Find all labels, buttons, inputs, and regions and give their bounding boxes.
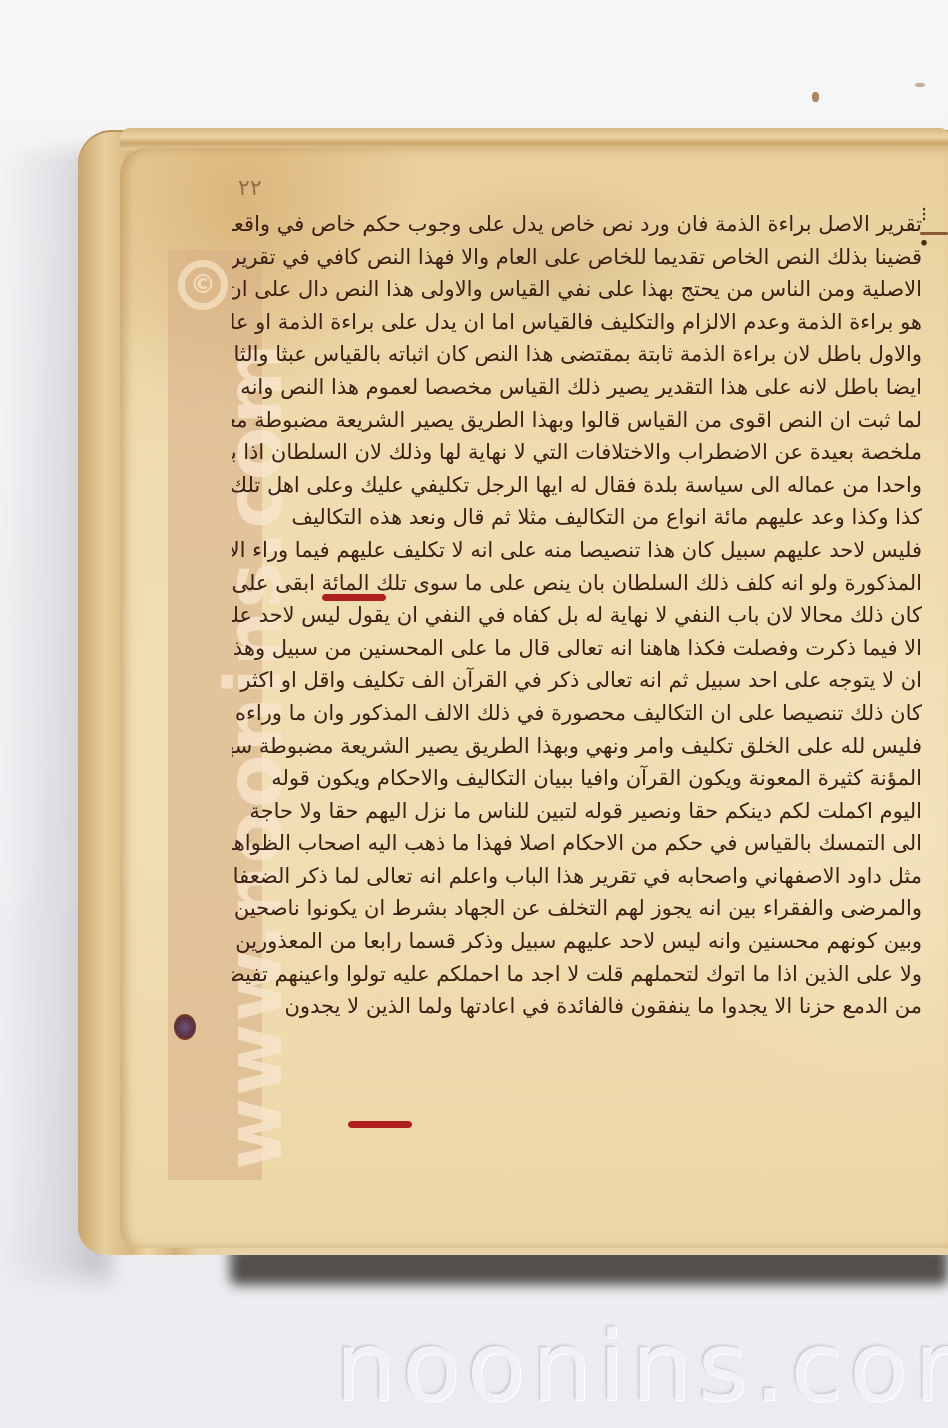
dust-speck [915, 83, 925, 87]
text-line: والاول باطل لان براءة الذمة ثابتة بمقتضى… [232, 338, 922, 371]
text-line: اليوم اكملت لكم دينكم حقا ونصير قوله لتب… [232, 795, 922, 828]
text-line: ايضا باطل لانه على هذا التقدير يصير ذلك … [232, 371, 922, 404]
text-line: فليس لاحد عليهم سبيل كان هذا تنصيصا منه … [232, 534, 922, 567]
manuscript-text: تقرير الاصل براءة الذمة فان ورد نص خاص ي… [232, 208, 922, 1023]
text-line: واحدا من عماله الى سياسة بلدة فقال له اي… [232, 469, 922, 502]
text-line: تقرير الاصل براءة الذمة فان ورد نص خاص ي… [232, 208, 922, 241]
text-line: لما ثبت ان النص اقوى من القياس قالوا وبه… [232, 404, 922, 437]
text-line: المؤنة كثيرة المعونة ويكون القرآن وافيا … [232, 762, 922, 795]
folio-number: ٢٢ [238, 176, 262, 201]
text-line: والمرضى والفقراء بين انه يجوز لهم التخلف… [232, 892, 922, 925]
copyright-icon: © [178, 260, 228, 310]
text-line: فليس لله على الخلق تكليف وامر ونهي وبهذا… [232, 730, 922, 763]
text-line: قضينا بذلك النص الخاص تقديما للخاص على ا… [232, 241, 922, 274]
ink-stain [174, 1014, 196, 1040]
text-line: كان ذلك محالا لان باب النفي لا نهاية له … [232, 599, 922, 632]
text-line: الاصلية ومن الناس من يحتج بهذا على نفي ا… [232, 273, 922, 306]
text-line: وبين كونهم محسنين وانه ليس لاحد عليهم سب… [232, 925, 922, 958]
text-line: ان لا يتوجه على احد سبيل ثم انه تعالى ذك… [232, 664, 922, 697]
text-line: مثل داود الاصفهاني واصحابه في تقرير هذا … [232, 860, 922, 893]
book-top-edge [120, 128, 948, 150]
dust-speck [812, 92, 819, 102]
embossed-logo: noonins.com [335, 1322, 945, 1412]
text-line-rubric: من الدمع حزنا الا يجدوا ما ينفقون فالفائ… [232, 990, 922, 1023]
text-line-rubric: كذا وكذا وعد عليهم مائة انواع من التكالي… [232, 501, 922, 534]
red-rubric-mark [322, 594, 386, 601]
text-line: ملخصة بعيدة عن الاضطراب والاختلافات التي… [232, 436, 922, 469]
red-rubric-mark [348, 1121, 412, 1128]
text-line: الا فيما ذكرت وفصلت فكذا هاهنا انه تعالى… [232, 632, 922, 665]
text-line: كان ذلك تنصيصا على ان التكاليف محصورة في… [232, 697, 922, 730]
text-line: ولا على الذين اذا ما اتوك لتحملهم قلت لا… [232, 958, 922, 991]
text-line: هو براءة الذمة وعدم الالزام والتكليف فال… [232, 306, 922, 339]
text-line: الى التمسك بالقياس في حكم من الاحكام اصل… [232, 827, 922, 860]
